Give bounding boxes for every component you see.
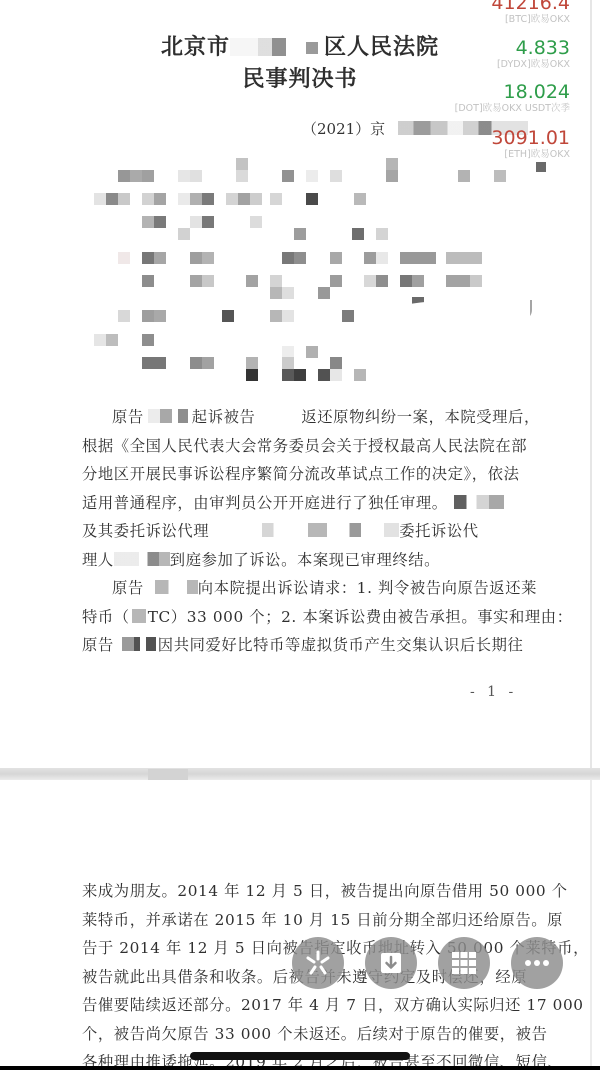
paragraph-line: 特币（TC）33 000 个；2. 本案诉讼费由被告承担。事实和理由：: [82, 603, 540, 632]
redacted-name: [454, 495, 504, 509]
redacted-text: [132, 609, 146, 623]
redacted-name: [209, 523, 399, 537]
paragraph-line: 适用普通程序，由审判员公开开庭进行了独任审理。: [82, 489, 540, 518]
redacted-name: [148, 409, 188, 423]
grid-view-button[interactable]: [438, 937, 490, 989]
ticker-label: [BTC]欧易OKX: [400, 14, 570, 26]
white-swoosh-overlay: [380, 260, 540, 330]
redacted-name: [144, 580, 198, 594]
paragraph-line: 原告起诉被告返还原物纠纷一案，本院受理后，: [82, 403, 540, 432]
grid-icon: [451, 951, 477, 975]
document-page-1: 北京市区人民法院 民事判决书 （2021）京: [0, 0, 600, 768]
paragraph-line: 原告向本院提出诉讼请求：1. 判令被告向原告返还莱: [82, 574, 540, 603]
ticker-price: 3091.01: [400, 127, 570, 149]
paragraph-line: 及其委托诉讼代理委托诉讼代: [82, 517, 540, 546]
scroll-thumb[interactable]: [148, 769, 188, 780]
page-number: - 1 -: [470, 684, 517, 700]
redacted-name: [114, 552, 170, 566]
ticker-item-dot[interactable]: 18.024 [DOT]欧易OKX USDT次季: [400, 81, 570, 115]
more-options-button[interactable]: [511, 937, 563, 989]
paragraph-line: 理人到庭参加了诉讼。本案现已审理终结。: [82, 546, 540, 575]
paragraph-line: 告催要陆续返还部分。2017 年 4 月 7 日，双方确认实际归还 17 000: [82, 991, 542, 1020]
page-separator: [0, 768, 600, 780]
judgment-body-page1: 原告起诉被告返还原物纠纷一案，本院受理后， 根据《全国人民代表大会常务委员会关于…: [82, 403, 540, 660]
document-page-2: 来成为朋友。2014 年 12 月 5 日，被告提出向原告借用 50 000 个…: [0, 780, 600, 1070]
paragraph-line: 分地区开展民事诉讼程序繁简分流改革试点工作的决定》，依法: [82, 460, 540, 489]
ticker-label: [ETH]欧易OKX: [400, 149, 570, 161]
paragraph-line: 根据《全国人民代表大会常务委员会关于授权最高人民法院在部: [82, 432, 540, 461]
more-icon: [524, 959, 550, 967]
ticker-item-btc[interactable]: 41216.4 [BTC]欧易OKX: [400, 0, 570, 26]
redacted-name: [255, 409, 301, 423]
ticker-price: 18.024: [400, 81, 570, 103]
ticker-item-eth[interactable]: 3091.01 [ETH]欧易OKX: [400, 127, 570, 161]
screen-bottom-edge: [0, 1066, 600, 1070]
loading-spinner-button[interactable]: [292, 937, 344, 989]
download-icon: [378, 950, 404, 976]
paragraph-line: 个，被告尚欠原告 33 000 个未返还。后续对于原告的催要，被告: [82, 1020, 542, 1049]
spinner-icon: [304, 949, 332, 977]
paragraph-line: 原告因共同爱好比特币等虚拟货币产生交集认识后长期往: [82, 631, 540, 660]
paragraph-line: 来成为朋友。2014 年 12 月 5 日，被告提出向原告借用 50 000 个: [82, 877, 542, 906]
ticker-label: [DOT]欧易OKX USDT次季: [400, 103, 570, 115]
ticker-item-dydx[interactable]: 4.833 [DYDX]欧易OKX: [400, 37, 570, 71]
ticker-price: 41216.4: [400, 0, 570, 14]
ticker-price: 4.833: [400, 37, 570, 59]
ticker-label: [DYDX]欧易OKX: [400, 59, 570, 71]
home-indicator-bar[interactable]: [190, 1052, 410, 1060]
redacted-name: [116, 637, 156, 651]
paragraph-line: 莱特币，并承诺在 2015 年 10 月 15 日前分期全部归还给原告。原: [82, 906, 542, 935]
download-button[interactable]: [365, 937, 417, 989]
